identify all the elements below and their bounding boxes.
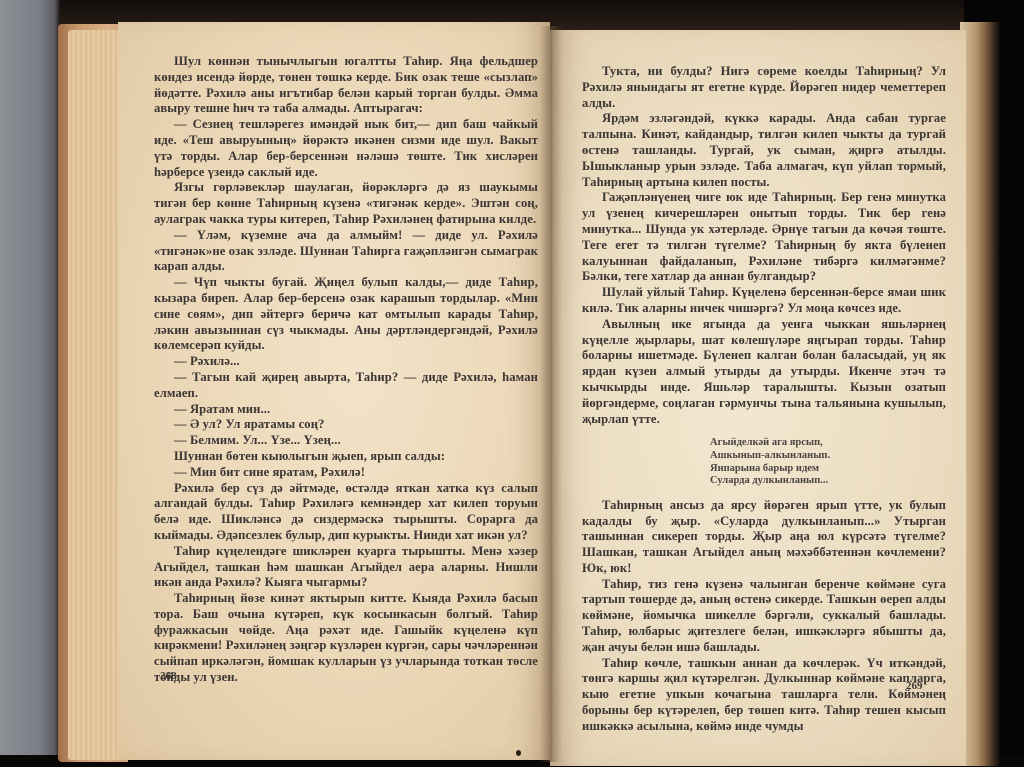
dialog-line: — Тагын кай җирең авырта, Таһир? — диде … xyxy=(154,370,538,402)
paragraph: Тукта, ни булды? Нигә сөреме коелды Таһи… xyxy=(582,64,946,111)
right-page: Тукта, ни булды? Нигә сөреме коелды Таһи… xyxy=(550,30,966,766)
book-gutter-shadow xyxy=(540,26,562,762)
dialog-line: — Рәхилә... xyxy=(154,354,538,370)
dialog-line: — Ә ул? Ул яратамы соң? xyxy=(154,417,538,433)
book-cover-right xyxy=(960,22,1000,766)
paragraph: Гаҗәпләнүенең чиге юк иде Таһирның. Бер … xyxy=(582,190,946,285)
verse-line: Ашкынып-алкынланып. xyxy=(710,450,946,463)
paragraph: — Үләм, күземне ача да алмыйм! — диде ул… xyxy=(154,228,538,275)
paragraph: Таһир көчле, ташкын аннан да көчлерәк. Ү… xyxy=(582,656,946,735)
ink-spot xyxy=(516,750,521,756)
paragraph: Рәхилә бер сүз дә әйтмәде, өстәлдә яткан… xyxy=(154,481,538,544)
paragraph: Таһирның йөзе кинәт яктырып китте. Кыяда… xyxy=(154,591,538,686)
dialog-line: — Белмим. Ул... Үзе... Үзең... xyxy=(154,433,538,449)
paragraph: — Сезнең тешләрегез имәндәй нык бит,— ди… xyxy=(154,117,538,180)
paragraph: Таһирның ансыз да ярсу йөрәген ярып үтте… xyxy=(582,498,946,577)
paragraph: Авылның ике ягында да уенга чыккан яшьлә… xyxy=(582,317,946,428)
left-page-text: Шул көннән тынычлыгын югалтты Таһир. Яңа… xyxy=(154,54,538,686)
paragraph: Таһир күңелендәге шикләрен куарга тырышт… xyxy=(154,544,538,591)
paragraph: Таһир, тиз генә күзенә чалынган беренче … xyxy=(582,577,946,656)
paragraph: Шулай уйлый Таһир. Күңеленә берсеннән-бе… xyxy=(582,285,946,317)
paragraph: Язгы гөрләвекләр шаулаган, йөрәкләргә дә… xyxy=(154,180,538,227)
verse-line: Агыйделкәй ага ярсып, xyxy=(710,437,946,450)
paragraph: Шул көннән тынычлыгын югалтты Таһир. Яңа… xyxy=(154,54,538,117)
paragraph: — Чүп чыкты бугай. Җиңел булып калды,— д… xyxy=(154,275,538,354)
paragraph: Ярдәм эзләгәндәй, күккә карады. Анда саб… xyxy=(582,111,946,190)
song-verse: Агыйделкәй ага ярсып, Ашкынып-алкынланып… xyxy=(710,437,946,487)
right-page-text: Тукта, ни булды? Нигә сөреме коелды Таһи… xyxy=(582,64,946,427)
verse-line: Суларда дулкынланып... xyxy=(710,475,946,488)
page-number-right: 269 xyxy=(906,680,923,692)
dialog-line: — Яратам мин... xyxy=(154,402,538,418)
dialog-line: — Мин бит сине яратам, Рәхилә! xyxy=(154,465,538,481)
verse-line: Янпарына барыр идем xyxy=(710,463,946,476)
page-stack-edge-left xyxy=(68,30,120,760)
right-page-text-continued: Таһирның ансыз да ярсу йөрәген ярып үтте… xyxy=(582,498,946,735)
left-page: Шул көннән тынычлыгын югалтты Таһир. Яңа… xyxy=(118,22,550,760)
paragraph: Шуннан бөтен кыюлыгын җыеп, ярып салды: xyxy=(154,449,538,465)
page-number-left: 268 xyxy=(160,670,177,682)
